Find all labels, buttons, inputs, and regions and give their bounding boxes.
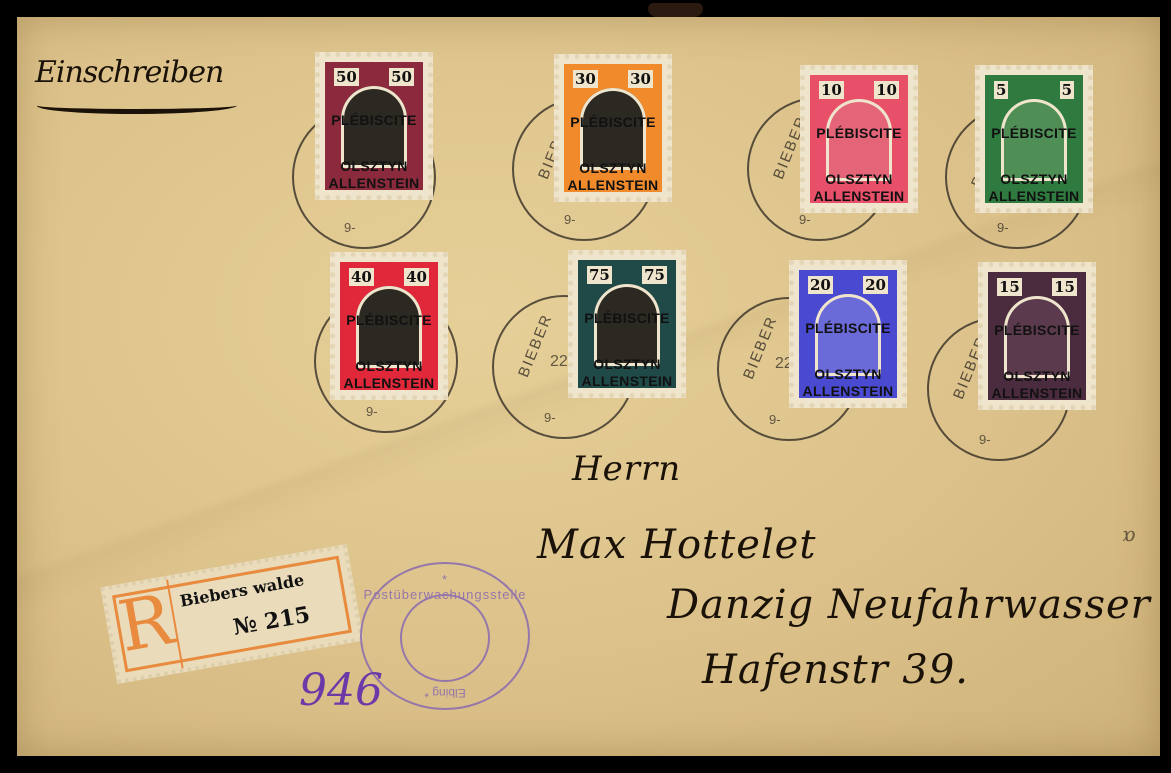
overprint-text: OLSZTYN (810, 171, 908, 187)
stamp-value: 15 (1052, 278, 1077, 296)
postmark-time: 9- (344, 220, 356, 235)
stamp-value: 50 (334, 68, 359, 86)
postmark-time: 9- (979, 432, 991, 447)
overprint-text: OLSZTYN (799, 366, 897, 382)
overprint-text: OLSZTYN (578, 356, 676, 372)
overprint-text: OLSZTYN (985, 171, 1083, 187)
postmark-time: 9- (366, 404, 378, 419)
overprint-text: OLSZTYN (564, 160, 662, 176)
stamp-frame: 7575PLÉBISCITEOLSZTYNALLENSTEIN (578, 260, 676, 388)
stamp-value: 50 (389, 68, 414, 86)
overprint-text: ALLENSTEIN (325, 175, 423, 191)
stamp-40pf: 4040PLÉBISCITEOLSZTYNALLENSTEIN (330, 252, 448, 400)
censor-cachet-inner-ring (400, 594, 490, 682)
stamp-value: 10 (819, 81, 844, 99)
violet-handwritten-number: 946 (299, 665, 383, 716)
censor-cachet: * Postüberwachungsstelle Elbing * (360, 562, 530, 710)
overprint-text: PLÉBISCITE (985, 125, 1083, 141)
stamp-frame: 3030PLÉBISCITEOLSZTYNALLENSTEIN (564, 64, 662, 192)
stamp-value: 30 (573, 70, 598, 88)
registered-note: Einschreiben (35, 55, 223, 90)
stamp-value: 15 (997, 278, 1022, 296)
stamp-frame: 1515PLÉBISCITEOLSZTYNALLENSTEIN (988, 272, 1086, 400)
overprint-text: ALLENSTEIN (988, 385, 1086, 401)
stamp-75pf: 7575PLÉBISCITEOLSZTYNALLENSTEIN (568, 250, 686, 398)
overprint-text: PLÉBISCITE (340, 312, 438, 328)
envelope: Einschreiben Herrn Max Hottelet Danzig N… (17, 17, 1160, 756)
stamp-value: 40 (349, 268, 374, 286)
postmark-time: 9- (544, 410, 556, 425)
stamp-value: 5 (1060, 81, 1074, 99)
stamp-value: 40 (404, 268, 429, 286)
overprint-text: ALLENSTEIN (340, 375, 438, 391)
stamp-frame: 2020PLÉBISCITEOLSZTYNALLENSTEIN (799, 270, 897, 398)
stamp-frame: 1010PLÉBISCITEOLSZTYNALLENSTEIN (810, 75, 908, 203)
overprint-text: PLÉBISCITE (578, 310, 676, 326)
overprint-text: ALLENSTEIN (799, 383, 897, 399)
postmark-time: 9- (799, 212, 811, 227)
overprint-text: PLÉBISCITE (988, 322, 1086, 338)
overprint-text: ALLENSTEIN (564, 177, 662, 193)
stamp-value: 5 (994, 81, 1008, 99)
overprint-text: ALLENSTEIN (578, 373, 676, 389)
stamp-value: 10 (874, 81, 899, 99)
overprint-text: PLÉBISCITE (799, 320, 897, 336)
stamp-frame: 5050PLÉBISCITEOLSZTYNALLENSTEIN (325, 62, 423, 190)
stamp-50pf: 5050PLÉBISCITEOLSZTYNALLENSTEIN (315, 52, 433, 200)
overprint-text: ALLENSTEIN (985, 188, 1083, 204)
stamp-15pf: 1515PLÉBISCITEOLSZTYNALLENSTEIN (978, 262, 1096, 410)
address-name: Max Hottelet (537, 522, 816, 568)
postmark-time: 9- (564, 212, 576, 227)
overprint-text: PLÉBISCITE (564, 114, 662, 130)
address-city: Danzig Neufahrwasser (667, 582, 1151, 628)
overprint-text: ALLENSTEIN (810, 188, 908, 204)
stamp-value: 20 (863, 276, 888, 294)
stamp-frame: 55PLÉBISCITEOLSZTYNALLENSTEIN (985, 75, 1083, 203)
stamp-value: 20 (808, 276, 833, 294)
overprint-text: OLSZTYN (340, 358, 438, 374)
postmark-time: 9- (769, 412, 781, 427)
postmark-date: 22 (550, 353, 568, 371)
stamp-value: 75 (587, 266, 612, 284)
stamp-frame: 4040PLÉBISCITEOLSZTYNALLENSTEIN (340, 262, 438, 390)
overprint-text: PLÉBISCITE (325, 112, 423, 128)
address-street: Hafenstr 39. (702, 647, 969, 693)
stamp-20pf: 2020PLÉBISCITEOLSZTYNALLENSTEIN (789, 260, 907, 408)
overprint-text: PLÉBISCITE (810, 125, 908, 141)
overprint-text: OLSZTYN (325, 158, 423, 174)
top-edge-ink-mark (648, 3, 703, 17)
stamp-30pf: 3030PLÉBISCITEOLSZTYNALLENSTEIN (554, 54, 672, 202)
postmark-time: 9- (997, 220, 1009, 235)
overprint-text: OLSZTYN (988, 368, 1086, 384)
censor-cachet-top-text: * Postüberwachungsstelle (362, 572, 528, 602)
stamp-10pf: 1010PLÉBISCITEOLSZTYNALLENSTEIN (800, 65, 918, 213)
address-salutation: Herrn (572, 449, 681, 489)
stamp-5pf: 55PLÉBISCITEOLSZTYNALLENSTEIN (975, 65, 1093, 213)
stamp-value: 30 (628, 70, 653, 88)
pencil-mark: ɒ (1122, 522, 1136, 546)
stamp-value: 75 (642, 266, 667, 284)
censor-cachet-bottom-text: Elbing * (362, 686, 528, 700)
